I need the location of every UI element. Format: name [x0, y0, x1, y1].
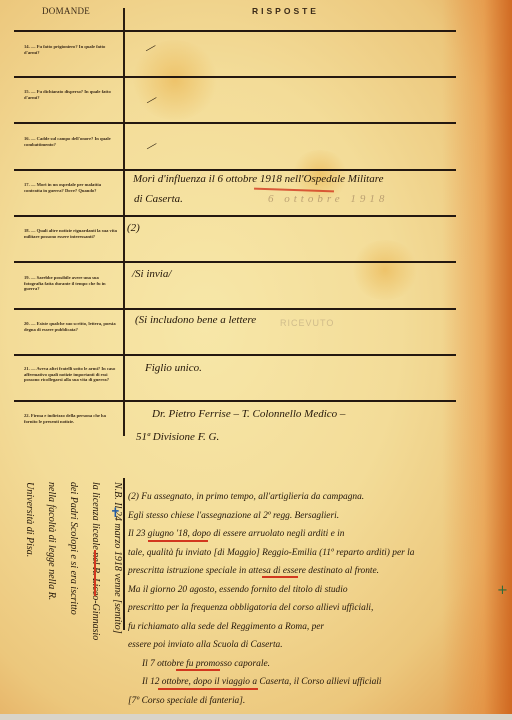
side-note-line: Università di Pisa. — [18, 482, 40, 720]
question-14: 14. — Fu fatto prigioniero? In quale fat… — [24, 44, 118, 55]
red-underline — [262, 576, 298, 578]
rule — [14, 308, 456, 310]
rule — [124, 30, 456, 32]
red-underline — [148, 540, 208, 542]
column-header-questions: DOMANDE — [42, 6, 90, 16]
answer-18: (2) — [127, 222, 140, 234]
blue-cross-icon: ✝ — [110, 506, 121, 521]
question-22: 22. Firma e indirizzo della persona che … — [24, 413, 118, 424]
answer-19: /Si invia/ — [132, 268, 171, 280]
answer-17-line2: di Caserta. — [134, 193, 183, 205]
rule — [14, 122, 456, 124]
answer-16-dash: — — [143, 136, 160, 154]
footnote-line: prescritto per la frequenza obbligatoria… — [128, 599, 498, 618]
answer-20: (Si includono bene a lettere — [135, 314, 256, 326]
question-15: 15. — Fu dichiarato disperso? In quale f… — [24, 89, 118, 100]
answer-14-dash: — — [142, 38, 159, 56]
faint-stamp: RICEVUTO — [280, 318, 334, 328]
question-16: 16. — Cadde sul campo dell'onore? In qua… — [24, 136, 118, 147]
side-note-line: la licenza liceale nel R. Liceo-Ginnasio — [84, 482, 106, 720]
footnote-line: (2) Fu assegnato, in primo tempo, all'ar… — [128, 488, 498, 507]
rule — [14, 215, 456, 217]
scan-edge — [0, 714, 512, 720]
rule — [14, 400, 456, 402]
rule — [14, 76, 456, 78]
footnote-line: prescritta istruzione speciale in attesa… — [128, 562, 498, 581]
answer-22-line2: 51ª Divisione F. G. — [136, 431, 219, 443]
side-note-line: dei Padri Scolopi e si era iscritto — [62, 482, 84, 720]
footnote-line: essere poi inviato alla Scuola di Casert… — [128, 636, 498, 655]
footnote: (2) Fu assegnato, in primo tempo, all'ar… — [128, 488, 498, 710]
rule — [14, 354, 456, 356]
green-cross-icon: + — [497, 583, 508, 598]
column-divider — [123, 8, 125, 436]
column-header-answers: RISPOSTE — [252, 6, 319, 16]
answer-22-line1: Dr. Pietro Ferrise – T. Colonnello Medic… — [152, 408, 345, 420]
rule — [14, 169, 456, 171]
question-18: 18. — Quali altre notizie riguardanti la… — [24, 228, 118, 239]
footnote-line: fu richiamato alla sede del Reggimento a… — [128, 618, 498, 637]
question-17: 17. — Morì in un ospedale per malattia c… — [24, 182, 118, 193]
footnote-line: [7º Corso speciale di fanteria]. — [128, 692, 498, 711]
rule — [14, 261, 456, 263]
red-mark-vertical — [94, 550, 96, 596]
red-underline — [254, 188, 334, 193]
question-21: 21. — Aveva altri fratelli sotto le armi… — [24, 366, 118, 383]
answer-15-dash: — — [143, 90, 160, 108]
red-underline — [158, 688, 258, 690]
side-note-line: nella facoltà di legge nella R. — [40, 482, 62, 720]
question-20: 20. — Esiste qualche suo scritto, letter… — [24, 321, 118, 332]
footnote-line: tale, qualità fu inviato [di Maggio] Reg… — [128, 544, 498, 563]
footnote-line: Egli stesso chiese l'assegnazione al 2º … — [128, 507, 498, 526]
question-19: 19. — Sarebbe possibile avere una sua fo… — [24, 275, 118, 292]
red-underline — [176, 669, 220, 671]
answer-21: Figlio unico. — [145, 362, 202, 374]
answer-17-faint-date: 6 ottobre 1918 — [268, 193, 388, 205]
answer-17-line1: Morì d'influenza il 6 ottobre 1918 nell'… — [133, 173, 383, 185]
footnote-line: Ma il giorno 20 agosto, essendo fornito … — [128, 581, 498, 600]
